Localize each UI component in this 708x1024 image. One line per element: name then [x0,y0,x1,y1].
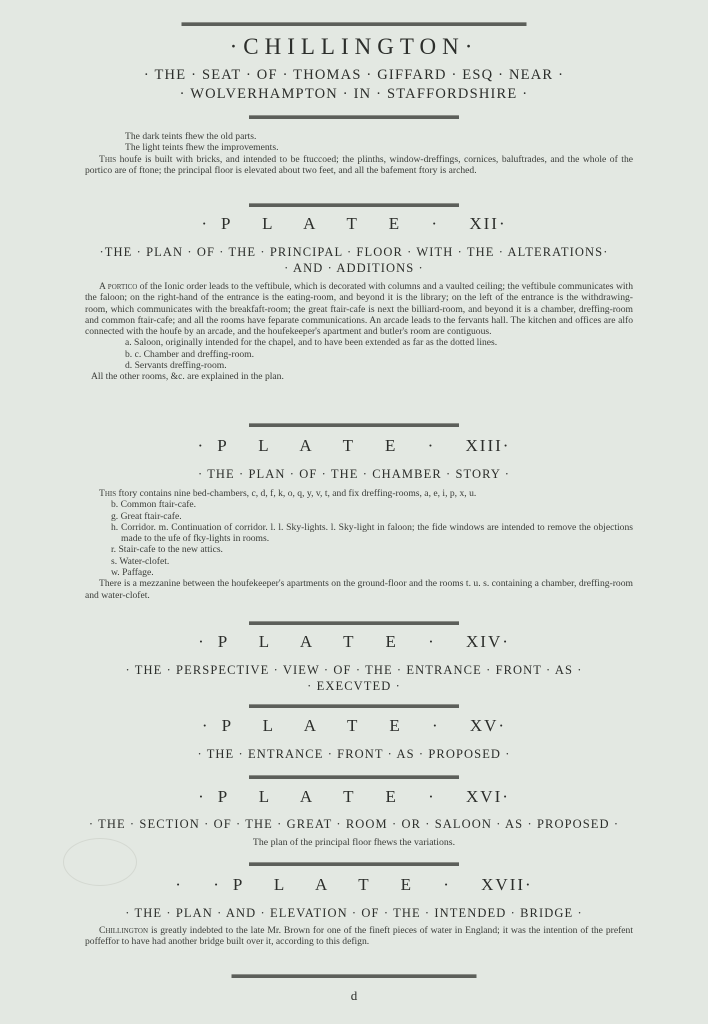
plate-xii-title: ·P L A T E · XII· [0,214,708,234]
plate-xiii-closing: There is a mezzanine between the houfeke… [85,578,633,601]
page-signature: d [0,988,708,1004]
intro-paragraph: The dark teints fhew the old parts. The … [85,131,633,176]
plate-xvii-title: · ·P L A T E · XVII· [0,875,708,895]
divider-rule [249,115,459,119]
plate-xiii-item-b: b. Common ftair-cafe. [85,499,633,510]
plate-xvii-body: Chillington is greatly indebted to the l… [85,925,633,948]
body-text: ftory contains nine bed-chambers, c, d, … [116,488,476,499]
plate-xiii-body: This ftory contains nine bed-chambers, c… [85,488,633,499]
plate-xiii-item-w: w. Paffage. [85,567,633,578]
plate-xvi-title: ·P L A T E · XVI· [0,787,708,807]
plate-number: XV· [470,716,506,735]
subtitle-line-2: · WOLVERHAMPTON · IN · STAFFORDSHIRE · [0,85,708,104]
plate-label: ·P L A T E · [201,214,451,233]
document-page: ·CHILLINGTON· · THE · SEAT · OF · THOMAS… [0,0,708,1024]
plate-xiii-item-h: h. Corridor. m. Continuation of corridor… [85,522,633,545]
plate-xiii-item-s: s. Water-clofet. [85,556,633,567]
plate-number: XIV· [466,632,510,651]
plate-xii-body: A portico of the Ionic order leads to th… [85,281,633,337]
divider-rule [249,775,459,779]
divider-rule [249,704,459,708]
plate-label: · ·P L A T E · [175,875,463,894]
divider-rule [249,203,459,207]
plate-xiii-item-g: g. Great ftair-cafe. [85,511,633,522]
plate-xii-heading-1: ·THE · PLAN · OF · THE · PRINCIPAL · FLO… [0,244,708,260]
plate-xiv-title: ·P L A T E · XIV· [0,632,708,652]
divider-rule [249,423,459,427]
intro-line-1: The dark teints fhew the old parts. [85,131,633,142]
plate-xii-heading-2: · AND · ADDITIONS · [0,260,708,276]
plate-label: ·P L A T E · [198,632,448,651]
page-title: ·CHILLINGTON· [0,34,708,60]
plate-xii-closing: All the other rooms, &c. are explained i… [85,371,633,382]
top-rule [182,22,527,26]
plate-xiii-item-r: r. Stair-cafe to the new attics. [85,544,633,555]
subtitle-line-1: · THE · SEAT · OF · THOMAS · GIFFARD · E… [0,66,708,85]
lead-word: A portico [99,281,137,292]
plate-label: ·P L A T E · [198,787,448,806]
plate-xiii-title: ·P L A T E · XIII· [0,436,708,456]
plate-xvii-heading: · THE · PLAN · AND · ELEVATION · OF · TH… [0,905,708,921]
plate-xv-heading: · THE · ENTRANCE · FRONT · AS · PROPOSED… [0,746,708,762]
plate-xiv-heading-2: · EXECVTED · [0,678,708,694]
plate-label: ·P L A T E · [202,716,452,735]
lead-word: This [99,488,116,499]
plate-xii-item-bc: b. c. Chamber and dreffing-room. [85,349,633,360]
plate-xiii-heading: · THE · PLAN · OF · THE · CHAMBER · STOR… [0,466,708,482]
intro-body: This houfe is built with bricks, and int… [85,154,633,177]
plate-label: ·P L A T E · [198,436,448,455]
lead-word: Chillington [99,925,148,936]
plate-xiv-heading-1: · THE · PERSPECTIVE · VIEW · OF · THE · … [0,662,708,678]
body-text: is greatly indebted to the late Mr. Brow… [85,925,633,947]
divider-rule [249,621,459,625]
divider-rule [249,862,459,866]
plate-xvii-text: Chillington is greatly indebted to the l… [85,925,633,948]
plate-number: XII· [469,214,506,233]
plate-number: XIII· [466,436,511,455]
body-text: of the Ionic order leads to the veftibul… [85,281,633,337]
plate-xv-title: ·P L A T E · XV· [0,716,708,736]
plate-xii-item-a: a. Saloon, originally intended for the c… [85,337,633,348]
intro-text: houfe is built with bricks, and intended… [85,154,633,176]
plate-xii-item-d: d. Servants dreffing-room. [85,360,633,371]
plate-number: XVII· [481,875,533,894]
plate-number: XVI· [466,787,510,806]
intro-line-2: The light teints fhew the improvements. [85,142,633,153]
plate-xii-text: A portico of the Ionic order leads to th… [85,281,633,383]
plate-xiii-text: This ftory contains nine bed-chambers, c… [85,488,633,601]
bottom-rule [232,974,477,978]
plate-xvi-heading: · THE · SECTION · OF · THE · GREAT · ROO… [0,816,708,832]
intro-lead: This [99,154,116,165]
